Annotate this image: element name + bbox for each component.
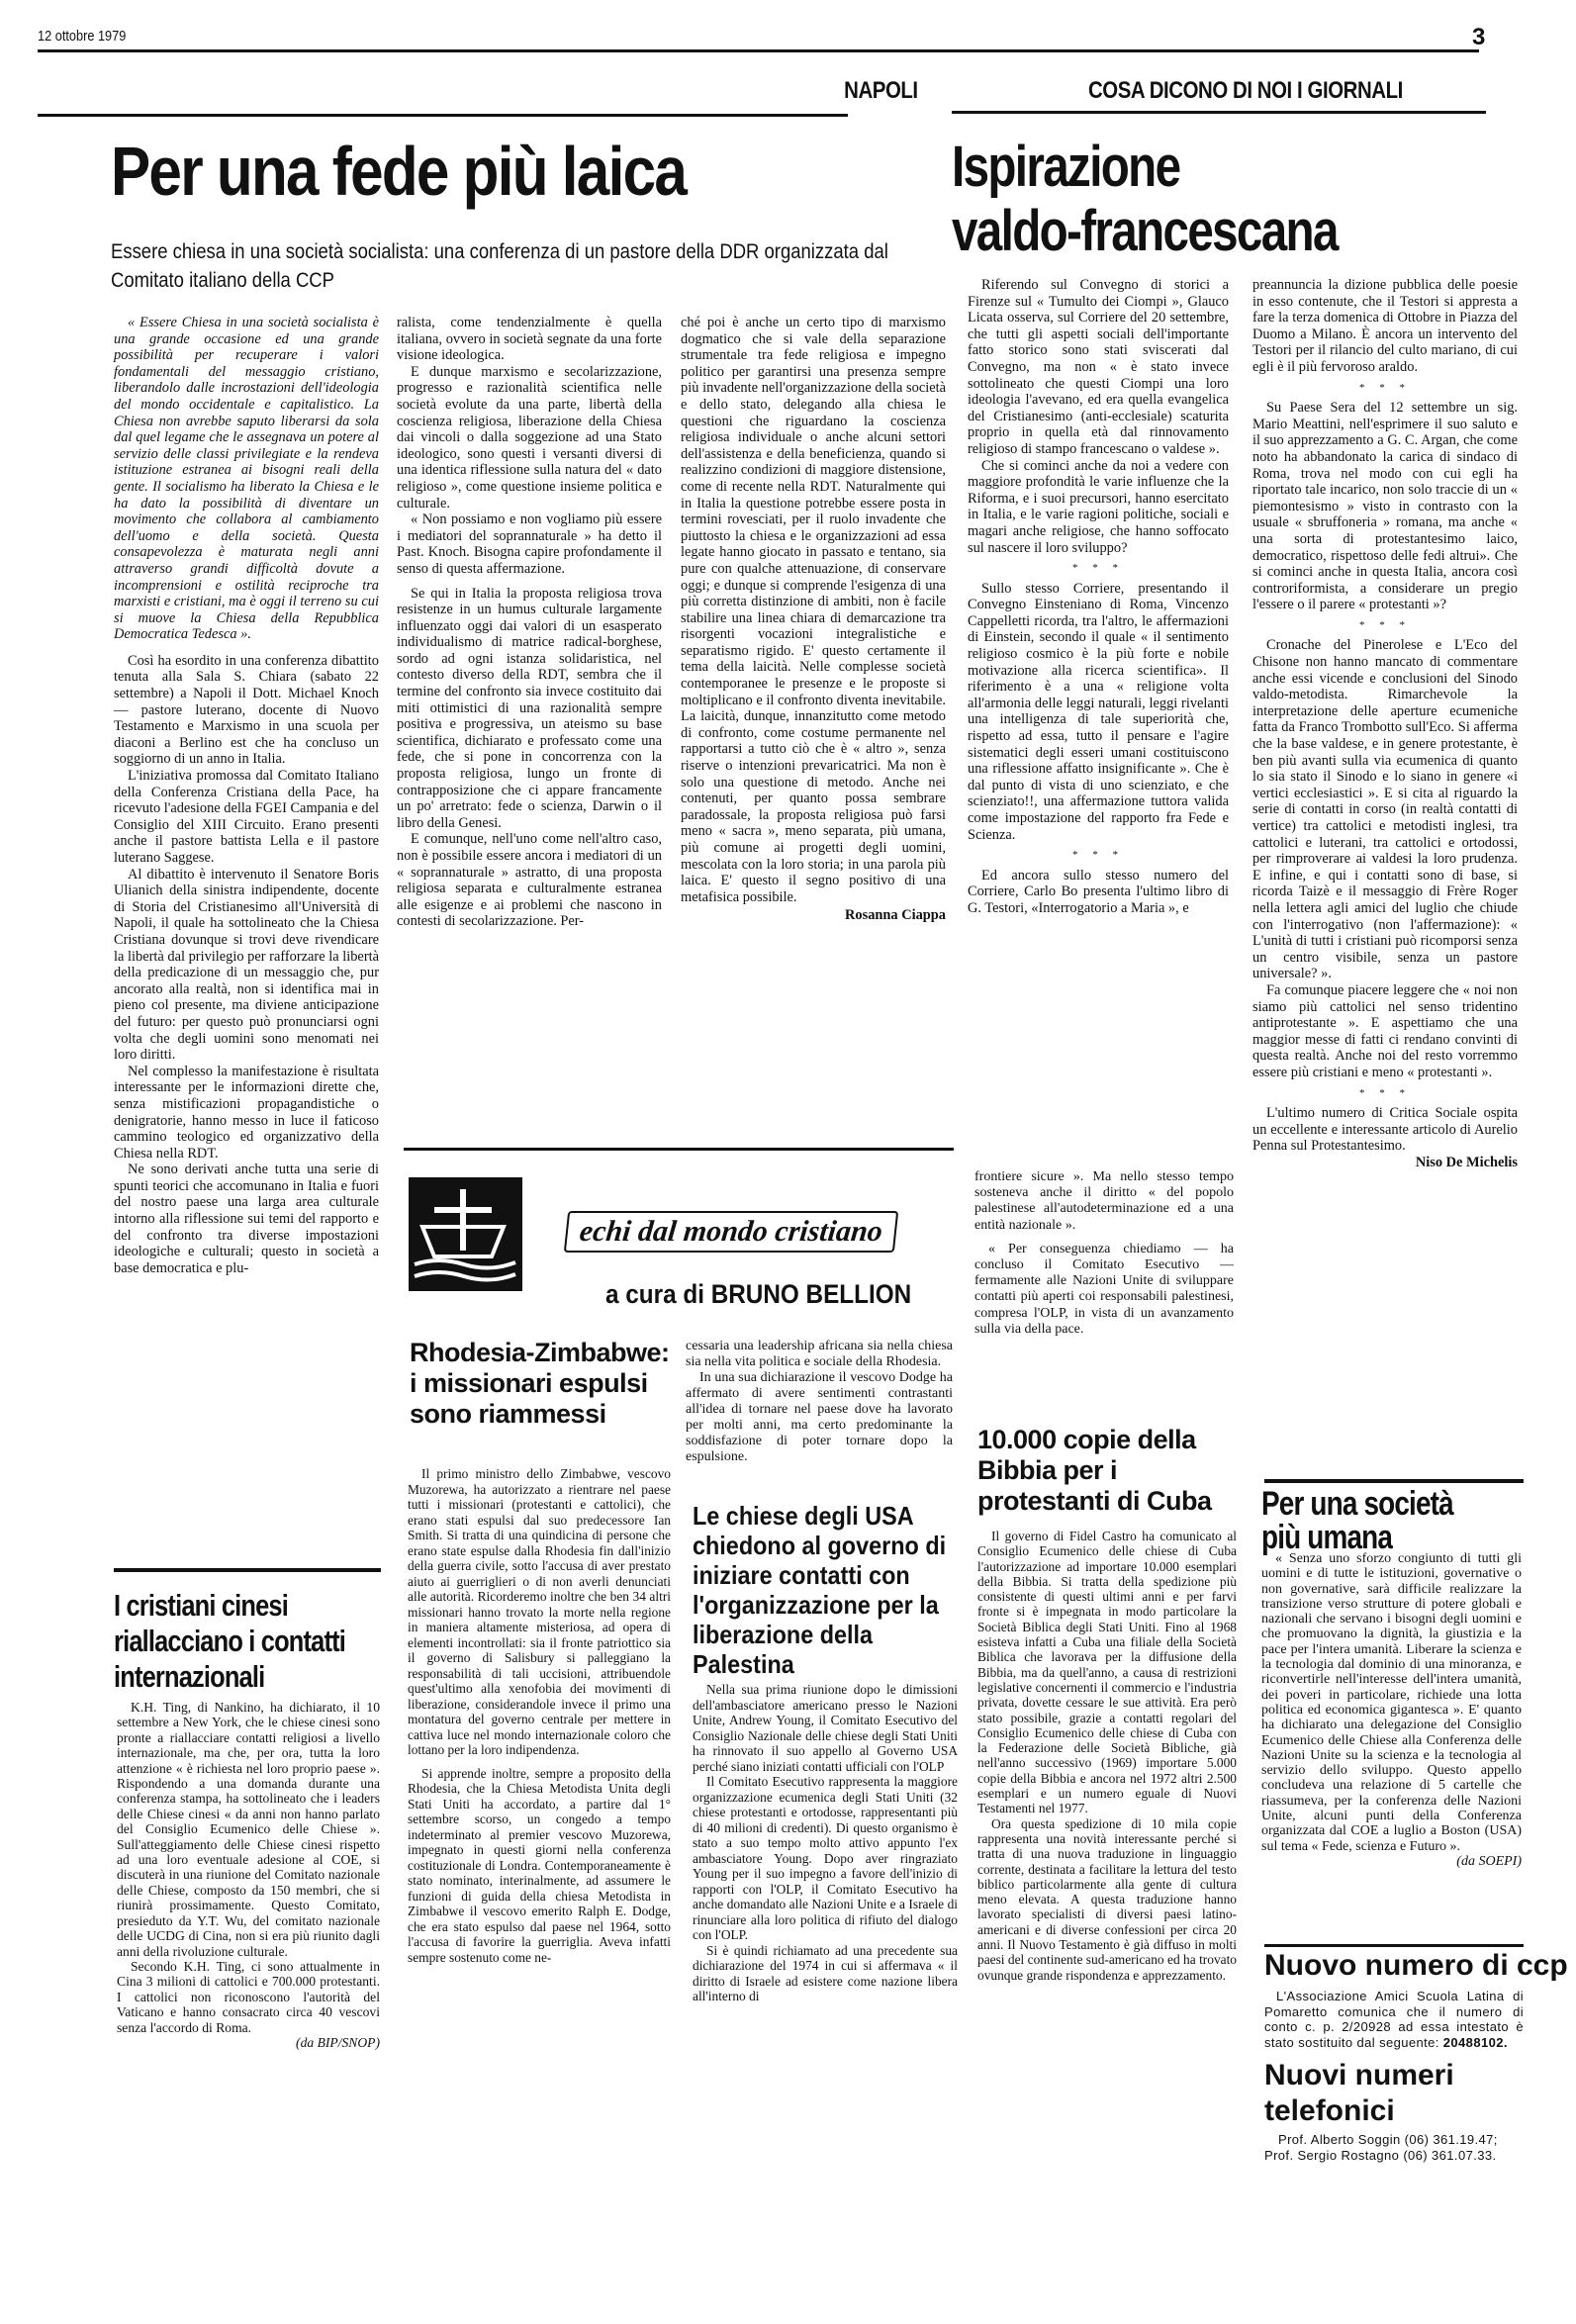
new-account-number: 20488102. xyxy=(1443,2035,1508,2050)
section-divider xyxy=(1264,1479,1524,1483)
section-rule-left xyxy=(38,114,848,117)
headline-telefoni-2: telefonici xyxy=(1264,2093,1395,2129)
headline-fede-laica: Per una fede più laica xyxy=(111,137,686,206)
paragraph: Si è quindi richiamato ad una precedente… xyxy=(693,1943,958,2004)
paragraph: Fa comunque piacere leggere che « noi no… xyxy=(1252,982,1518,1081)
headline-bibbia-cuba: 10.000 copie della Bibbia per i protesta… xyxy=(977,1425,1240,1517)
source-credit: (da BIP/SNOP) xyxy=(117,2035,380,2050)
headline-ispirazione-2: valdo-francescana xyxy=(952,203,1338,260)
section-label-napoli: NAPOLI xyxy=(844,77,918,105)
phone-rostagno: Prof. Sergio Rostagno (06) 361.07.33. xyxy=(1264,2148,1524,2164)
page-number: 3 xyxy=(1472,24,1485,51)
article-rhodesia-col1: Il primo ministro dello Zimbabwe, vescov… xyxy=(408,1466,671,1965)
paragraph: Riferendo sul Convegno di storici a Fire… xyxy=(968,277,1229,458)
paragraph: ralista, come tendenzialmente è quella i… xyxy=(397,315,662,364)
article-usa-col1: Nella sua prima riunione dopo le dimissi… xyxy=(693,1682,958,2004)
separator-stars: * * * xyxy=(1252,617,1518,634)
section-label-giornali: COSA DICONO DI NOI I GIORNALI xyxy=(1088,77,1403,105)
section-rule-right xyxy=(952,111,1486,114)
headline-societa-1: Per una società xyxy=(1261,1486,1453,1522)
boat-cross-icon xyxy=(409,1177,522,1291)
paragraph: frontiere sicure ». Ma nello stesso temp… xyxy=(974,1169,1234,1234)
paragraph: Se qui in Italia la proposta religiosa t… xyxy=(397,586,662,832)
headline-ccp: Nuovo numero di ccp xyxy=(1264,1949,1568,1983)
paragraph: In una sua dichiarazione il vescovo Dodg… xyxy=(686,1370,953,1465)
headline-chiese-usa: Le chiese degli USA chiedono al governo … xyxy=(693,1501,951,1679)
source-credit: (da SOEPI) xyxy=(1261,1854,1522,1869)
article-cinesi: K.H. Ting, di Nankino, ha dichiarato, il… xyxy=(117,1700,380,2050)
headline-societa-2: più umana xyxy=(1261,1520,1392,1555)
article-societa: « Senza uno sforzo congiunto di tutti gl… xyxy=(1261,1551,1522,1869)
deck-fede-laica: Essere chiesa in una società socialista:… xyxy=(111,237,925,296)
paragraph: L'iniziativa promossa dal Comitato Itali… xyxy=(114,768,379,867)
paragraph: Il governo di Fidel Castro ha comunicato… xyxy=(977,1529,1237,1816)
section-divider xyxy=(1264,1944,1524,1947)
paragraph: Al dibattito è intervenuto il Senatore B… xyxy=(114,867,379,1064)
paragraph: Secondo K.H. Ting, ci sono attualmente i… xyxy=(117,1959,380,2035)
article-fede-col2: ralista, come tendenzialmente è quella i… xyxy=(397,315,662,930)
paragraph: preannuncia la dizione pubblica delle po… xyxy=(1252,277,1518,376)
masthead-rule xyxy=(38,49,1479,52)
paragraph: Su Paese Sera del 12 settembre un sig. M… xyxy=(1252,400,1518,613)
author-signature: Rosanna Ciappa xyxy=(681,907,946,924)
separator-stars: * * * xyxy=(968,560,1229,577)
paragraph: Il primo ministro dello Zimbabwe, vescov… xyxy=(408,1466,671,1758)
notice-ccp: L'Associazione Amici Scuola Latina di Po… xyxy=(1264,1989,1524,2050)
paragraph: E comunque, nell'uno come nell'altro cas… xyxy=(397,831,662,930)
paragraph: ché poi è anche un certo tipo di marxism… xyxy=(681,315,946,905)
paragraph: « Senza uno sforzo congiunto di tutti gl… xyxy=(1261,1551,1522,1854)
paragraph: Ne sono derivati anche tutta una serie d… xyxy=(114,1162,379,1276)
separator-stars: * * * xyxy=(1252,1085,1518,1102)
separator-stars: * * * xyxy=(1252,380,1518,397)
paragraph: K.H. Ting, di Nankino, ha dichiarato, il… xyxy=(117,1700,380,1959)
headline-ispirazione-1: Ispirazione xyxy=(952,139,1179,196)
headline-rhodesia: Rhodesia-Zimbabwe: i missionari espulsi … xyxy=(410,1338,672,1430)
paragraph: Cronache del Pinerolese e L'Eco del Chis… xyxy=(1252,637,1518,981)
paragraph: Sullo stesso Corriere, presentando il Co… xyxy=(968,581,1229,844)
author-signature: Niso De Michelis xyxy=(1252,1155,1518,1171)
paragraph: Ora questa spedizione di 10 mila copie r… xyxy=(977,1816,1237,1983)
paragraph: « Non possiamo e non vogliamo più essere… xyxy=(397,511,662,577)
paragraph: Il Comitato Esecutivo rappresenta la mag… xyxy=(693,1774,958,1943)
article-fede-col3: ché poi è anche un certo tipo di marxism… xyxy=(681,315,946,924)
section-divider xyxy=(404,1148,954,1151)
paragraph: Nella sua prima riunione dopo le dimissi… xyxy=(693,1682,958,1774)
paragraph: L'ultimo numero di Critica Sociale ospit… xyxy=(1252,1105,1518,1155)
paragraph: Che si cominci anche da noi a vedere con… xyxy=(968,458,1229,557)
issue-date: 12 ottobre 1979 xyxy=(38,28,126,45)
curator-credit: a cura di BRUNO BELLION xyxy=(605,1279,911,1310)
article-cuba: Il governo di Fidel Castro ha comunicato… xyxy=(977,1529,1237,1983)
section-divider xyxy=(114,1568,381,1572)
article-rhodesia-col2: cessaria una leadership africana sia nel… xyxy=(686,1339,953,1465)
paragraph: Si apprende inoltre, sempre a proposito … xyxy=(408,1766,671,1966)
article-usa-col2: frontiere sicure ». Ma nello stesso temp… xyxy=(974,1169,1234,1338)
separator-stars: * * * xyxy=(968,847,1229,864)
paragraph: cessaria una leadership africana sia nel… xyxy=(686,1339,953,1370)
article-ispirazione-col1: Riferendo sul Convegno di storici a Fire… xyxy=(968,277,1229,917)
paragraph: « Per conseguenza chiediamo — ha conclus… xyxy=(974,1242,1234,1338)
headline-telefoni-1: Nuovi numeri xyxy=(1264,2058,1454,2093)
paragraph: Nel complesso la manifestazione è risult… xyxy=(114,1064,379,1162)
paragraph: E dunque marxismo e secolarizzazione, pr… xyxy=(397,364,662,511)
paragraph: Ed ancora sullo stesso numero del Corrie… xyxy=(968,868,1229,917)
echi-dal-mondo-cristiano-title: echi dal mondo cristiano xyxy=(564,1211,898,1253)
headline-cristiani-cinesi: I cristiani cinesi riallacciano i contat… xyxy=(114,1588,373,1695)
paragraph: Così ha esordito in una conferenza dibat… xyxy=(114,653,379,768)
article-fede-col1: « Essere Chiesa in una società socialist… xyxy=(114,315,379,1276)
phone-soggin: Prof. Alberto Soggin (06) 361.19.47; xyxy=(1278,2132,1526,2148)
article-ispirazione-col2: preannuncia la dizione pubblica delle po… xyxy=(1252,277,1518,1170)
paragraph: « Essere Chiesa in una società socialist… xyxy=(114,315,379,643)
